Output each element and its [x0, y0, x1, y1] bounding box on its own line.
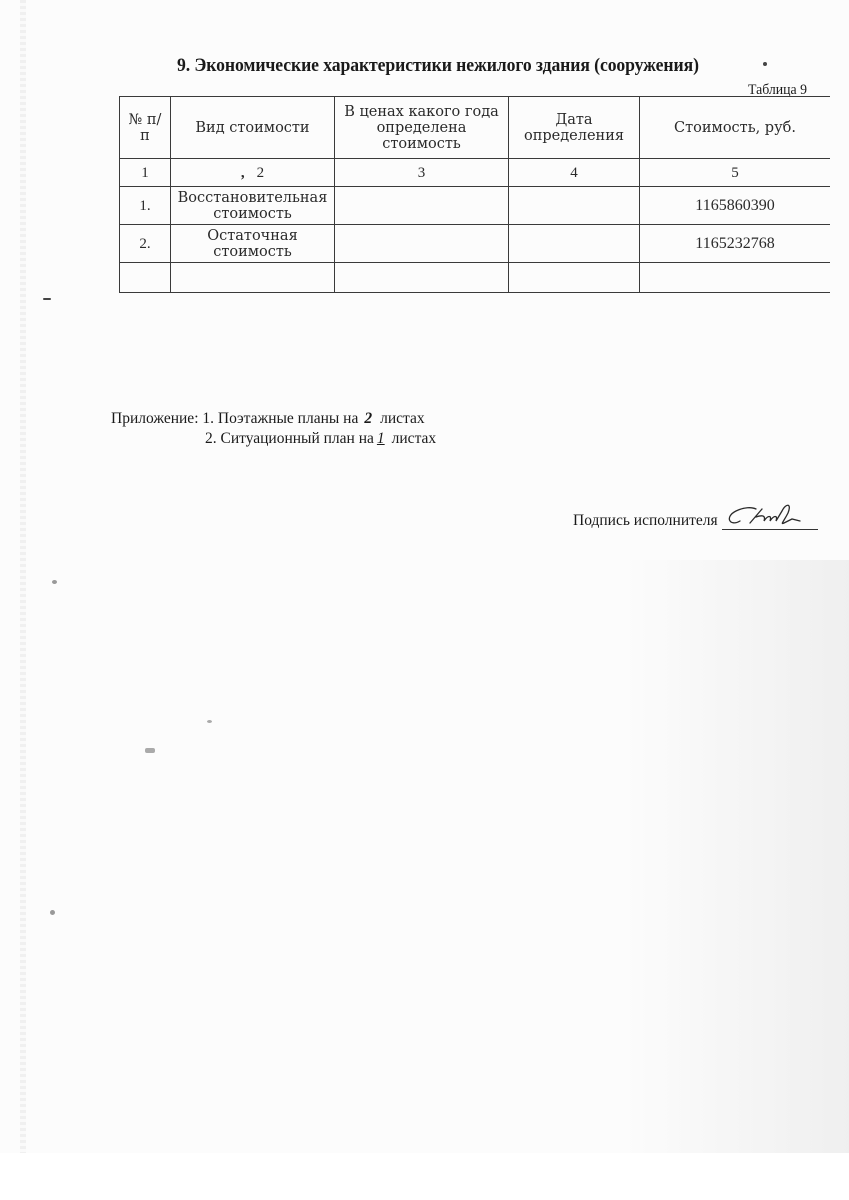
appendix-item-text: 1. Поэтажные планы на — [202, 410, 358, 427]
price-year — [335, 187, 509, 225]
table-row-empty — [120, 263, 831, 293]
row-number: 2. — [120, 225, 171, 263]
scan-speck — [43, 298, 51, 300]
sheet-count: 1 — [374, 429, 392, 449]
table-header-row: № п/п Вид стоимости В ценах какого года … — [120, 97, 831, 159]
row-number — [120, 263, 171, 293]
appendix-label: Приложение: — [111, 410, 199, 427]
signature-line — [722, 507, 818, 530]
header-date: Дата определения — [509, 97, 640, 159]
signature-block: Подпись исполнителя — [573, 507, 818, 530]
scan-edge-artifact — [20, 0, 26, 1153]
appendix-section: Приложение: 1. Поэтажные планы на2листах… — [111, 409, 436, 449]
determination-date — [509, 225, 640, 263]
header-price-year: В ценах какого года определена стоимость — [335, 97, 509, 159]
cost-type: Восстановительная стоимость — [171, 187, 335, 225]
appendix-item: Приложение: 1. Поэтажные планы на2листах — [111, 409, 436, 429]
cost-value: 1165232768 — [640, 225, 831, 263]
column-number: 1 — [120, 159, 171, 187]
table-row: 1. Восстановительная стоимость 116586039… — [120, 187, 831, 225]
header-number: № п/п — [120, 97, 171, 159]
column-number: ,2 — [171, 159, 335, 187]
appendix-item-suffix: листах — [392, 430, 437, 447]
table-row: 2. Остаточная стоимость 1165232768 — [120, 225, 831, 263]
cost-value — [640, 263, 831, 293]
sheet-count: 2 — [358, 409, 380, 429]
determination-date — [509, 263, 640, 293]
price-year — [335, 263, 509, 293]
column-number: 3 — [335, 159, 509, 187]
signature-label: Подпись исполнителя — [573, 512, 718, 530]
scan-speck — [50, 910, 55, 915]
cost-value: 1165860390 — [640, 187, 831, 225]
appendix-item: 2. Ситуационный план на1листах — [111, 429, 436, 449]
column-number: 5 — [640, 159, 831, 187]
column-number: 4 — [509, 159, 640, 187]
ink-mark: , — [241, 165, 245, 181]
row-number: 1. — [120, 187, 171, 225]
column-number-row: 1 ,2 3 4 5 — [120, 159, 831, 187]
appendix-item-text: 2. Ситуационный план на — [205, 430, 374, 447]
section-title: 9. Экономические характеристики нежилого… — [177, 55, 699, 77]
cost-type — [171, 263, 335, 293]
header-value: Стоимость, руб. — [640, 97, 831, 159]
scan-shading — [620, 560, 849, 1153]
scanned-page: 9. Экономические характеристики нежилого… — [0, 0, 849, 1153]
cost-type: Остаточная стоимость — [171, 225, 335, 263]
price-year — [335, 225, 509, 263]
header-cost-type: Вид стоимости — [171, 97, 335, 159]
economic-characteristics-table: № п/п Вид стоимости В ценах какого года … — [119, 96, 830, 293]
scan-speck — [52, 580, 57, 584]
scan-speck — [145, 748, 155, 753]
scan-speck — [207, 720, 212, 723]
handwritten-signature-icon — [722, 499, 818, 533]
determination-date — [509, 187, 640, 225]
appendix-item-suffix: листах — [380, 410, 425, 427]
ink-dot — [763, 62, 767, 66]
